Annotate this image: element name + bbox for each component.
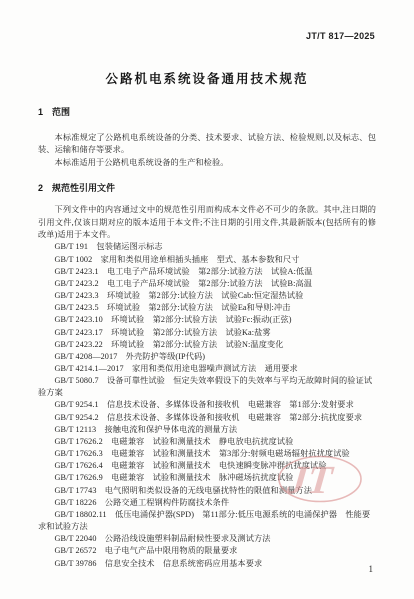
document-title: 公路机电系统设备通用技术规范 xyxy=(0,69,414,87)
reference-item: GB/T 191 包装储运图示标志 xyxy=(38,241,376,253)
document-page: JT/T 817—2025 公路机电系统设备通用技术规范 1 范围 本标准规定了… xyxy=(0,0,414,599)
references-list: GB/T 191 包装储运图示标志 GB/T 1002 家用和类似用途单相插头插… xyxy=(38,241,376,569)
scope-paragraph-1: 本标准规定了公路机电系统设备的分类、技术要求、试验方法、检验规则,以及标志、包装… xyxy=(38,132,376,157)
reference-item: GB/T 17626.2 电磁兼容 试验和测量技术 静电放电抗扰度试验 xyxy=(38,436,376,448)
section-2-heading: 2 规范性引用文件 xyxy=(38,182,376,194)
reference-item: GB/T 26572 电子电气产品中限用物质的限量要求 xyxy=(38,545,376,557)
reference-item: GB/T 2423.1 电工电子产品环境试验 第2部分:试验方法 试验A:低温 xyxy=(38,266,376,278)
reference-item: GB/T 17626.4 电磁兼容 试验和测量技术 电快速瞬变脉冲群抗扰度试验 xyxy=(38,460,376,472)
reference-item: GB/T 9254.1 信息技术设备、多媒体设备和接收机 电磁兼容 第1部分:发… xyxy=(38,399,376,411)
references-intro: 下列文件中的内容通过文中的规范性引用而构成本文件必不可少的条款。其中,注日期的引… xyxy=(38,204,376,241)
reference-item: GB/T 2423.10 环境试验 第2部分:试验方法 试验Fc:振动(正弦) xyxy=(38,314,376,326)
reference-item: GB/T 5080.7 设备可靠性试验 恒定失效率假设下的失效率与平均无故障时间… xyxy=(38,375,376,399)
reference-item: GB/T 2423.17 环境试验 第2部分:试验方法 试验Ka:盐雾 xyxy=(38,327,376,339)
reference-item: GB/T 9254.2 信息技术设备、多媒体设备和接收机 电磁兼容 第2部分:抗… xyxy=(38,412,376,424)
reference-item: GB/T 39786 信息安全技术 信息系统密码应用基本要求 xyxy=(38,558,376,570)
reference-item: GB/T 2423.2 电工电子产品环境试验 第2部分:试验方法 试验B:高温 xyxy=(38,278,376,290)
page-number: 1 xyxy=(369,564,374,574)
reference-item: GB/T 12113 接触电流和保护导体电流的测量方法 xyxy=(38,424,376,436)
scope-paragraph-2: 本标准适用于公路机电系统设备的生产和检验。 xyxy=(38,157,376,169)
document-body: 1 范围 本标准规定了公路机电系统设备的分类、技术要求、试验方法、检验规则,以及… xyxy=(38,106,376,570)
standard-code: JT/T 817—2025 xyxy=(306,31,375,41)
reference-item: GB/T 22040 公路沿线设施塑料制品耐候性要求及测试方法 xyxy=(38,533,376,545)
reference-item: GB/T 18802.11 低压电涌保护器(SPD) 第11部分:低压电源系统的… xyxy=(38,509,376,533)
reference-item: GB/T 17626.9 电磁兼容 试验和测量技术 脉冲磁场抗扰度试验 xyxy=(38,472,376,484)
reference-item: GB/T 4208—2017 外壳防护等级(IP代码) xyxy=(38,351,376,363)
reference-item: GB/T 1002 家用和类似用途单相插头插座 型式、基本参数和尺寸 xyxy=(38,254,376,266)
reference-item: GB/T 2423.3 环境试验 第2部分:试验方法 试验Cab:恒定湿热试验 xyxy=(38,290,376,302)
reference-item: GB/T 18226 公路交通工程钢构件防腐技术条件 xyxy=(38,497,376,509)
reference-item: GB/T 2423.5 环境试验 第2部分:试验方法 试验Ea和导则:冲击 xyxy=(38,302,376,314)
reference-item: GB/T 4214.1—2017 家用和类似用途电器噪声测试方法 通用要求 xyxy=(38,363,376,375)
reference-item: GB/T 2423.22 环境试验 第2部分:试验方法 试验N:温度变化 xyxy=(38,339,376,351)
reference-item: GB/T 17626.3 电磁兼容 试验和测量技术 第3部分:射频电磁场辐射抗扰… xyxy=(38,448,376,460)
reference-item: GB/T 17743 电气照明和类似设备的无线电骚扰特性的限值和测量方法 xyxy=(38,485,376,497)
section-1-heading: 1 范围 xyxy=(38,106,376,118)
